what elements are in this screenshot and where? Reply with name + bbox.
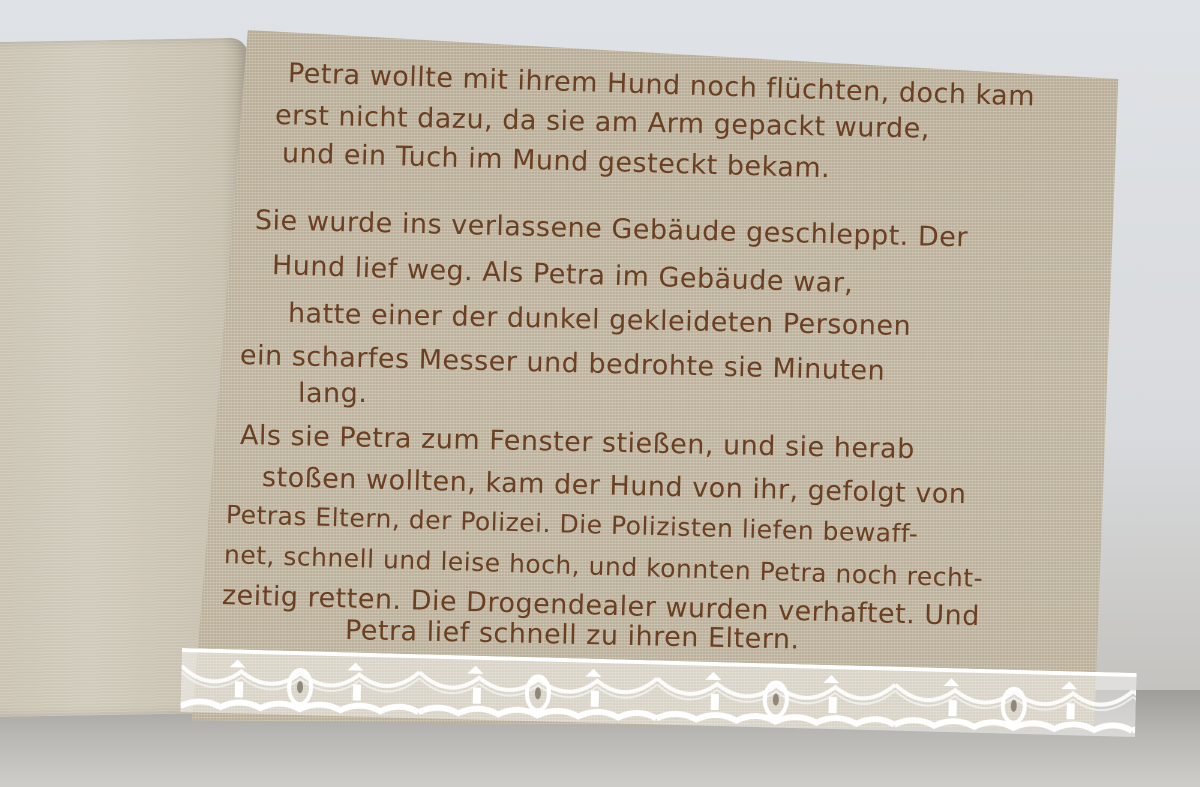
text-line: lang. bbox=[298, 378, 367, 409]
